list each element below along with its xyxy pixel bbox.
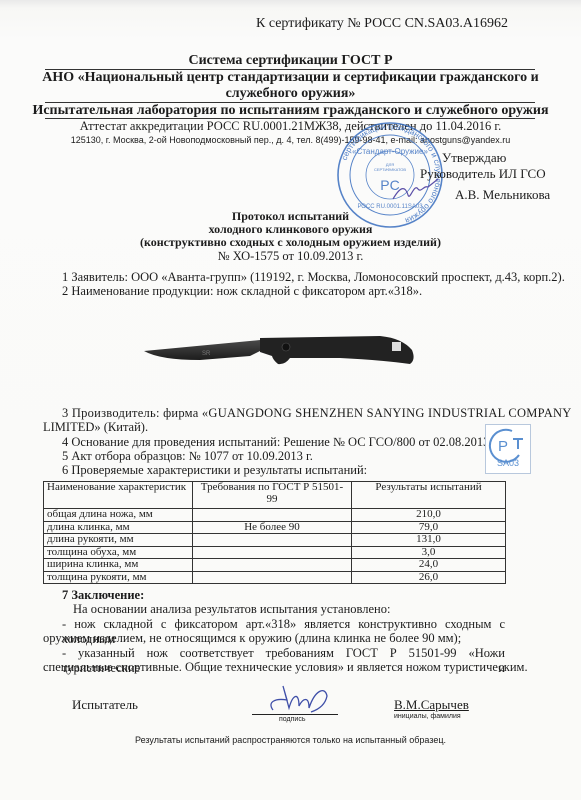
characteristic-cell: ширина клинка, мм [44,559,193,572]
table-row: толщина рукояти, мм26,0 [44,571,506,584]
system-title: Система сертификации ГОСТ Р [0,53,581,69]
testing-basis: 4 Основание для проведения испытаний: Ре… [62,435,499,450]
signature-line [252,714,338,715]
table-row: толщина обуха, мм3,0 [44,546,506,559]
characteristic-cell: толщина обуха, мм [44,546,193,559]
table-row: общая длина ножа, мм210,0 [44,509,506,522]
requirement-cell [193,509,352,522]
approver-name: А.В. Мельникова [455,187,550,203]
conclusion-point2-cont: специальные спортивные. Общие технически… [43,660,528,675]
tester-name: В.М.Сарычев [394,697,469,713]
requirement-cell [193,559,352,572]
address-contact: 125130, г. Москва, 2-ой Новоподмосковный… [0,135,581,145]
characteristic-cell: толщина рукояти, мм [44,571,193,584]
signature-caption: подпись [279,716,305,723]
svg-text:СЕРТИФИКАТОВ: СЕРТИФИКАТОВ [374,167,406,172]
conclusion-title: 7 Заключение: [62,588,144,603]
approval-word: Утверждаю [442,150,506,166]
accreditation: Аттестат аккредитации РОСС RU.0001.21МЖ3… [0,119,581,134]
organization-name-line2: служебного оружия» [0,86,581,102]
checked-characteristics: 6 Проверяемые характеристики и результат… [62,463,367,478]
requirement-cell [193,546,352,559]
table-header-row: Наименование характеристик Требования по… [44,482,506,509]
result-cell: 24,0 [352,559,506,572]
result-cell: 26,0 [352,571,506,584]
column-header: Результаты испытаний [352,482,506,509]
tester-signature-icon [265,680,335,718]
laboratory-name: Испытательная лаборатория по испытаниям … [0,103,581,119]
conclusion-point1-cont: оружием изделием, не относящимся к оружи… [43,631,461,646]
organization-name-line1: АНО «Национальный центр стандартизации и… [0,70,581,86]
requirement-cell: Не более 90 [193,521,352,534]
requirement-cell [193,571,352,584]
table-row: ширина клинка, мм24,0 [44,559,506,572]
protocol-subtitle: (конструктивно сходных с холодным оружие… [0,235,581,250]
product-name: 2 Наименование продукции: нож складной с… [62,284,422,299]
svg-text:«Стандарт-Оружие»: «Стандарт-Оружие» [352,147,428,156]
result-cell: 3,0 [352,546,506,559]
manufacturer-line1: 3 Производитель: фирма «GUANGDONG SHENZH… [62,406,572,421]
document-page: К сертификату № РОСС CN.SA03.A16962 Сист… [0,0,581,800]
characteristic-cell: длина клинка, мм [44,521,193,534]
svg-text:SR: SR [202,351,211,357]
characteristic-cell: общая длина ножа, мм [44,509,193,522]
column-header: Наименование характеристик [44,482,193,509]
sampling-act: 5 Акт отбора образцов: № 1077 от 10.09.2… [62,449,313,464]
table-row: длина рукояти, мм131,0 [44,534,506,547]
result-cell: 79,0 [352,521,506,534]
protocol-number: № ХО-1575 от 10.09.2013 г. [0,249,581,264]
requirement-cell [193,534,352,547]
certificate-reference: К сертификату № РОСС CN.SA03.A16962 [256,16,508,32]
results-table: Наименование характеристик Требования по… [43,481,506,584]
characteristic-cell: длина рукояти, мм [44,534,193,547]
result-cell: 210,0 [352,509,506,522]
tester-role: Испытатель [72,697,138,713]
approver-signature-icon [390,175,440,205]
certification-logo: P SA03 [485,424,531,474]
manufacturer-line2: LIMITED» (Китай). [43,420,148,435]
column-header: Требования по ГОСТ Р 51501-99 [193,482,352,509]
disclaimer: Результаты испытаний распространяются то… [0,735,581,745]
table-row: длина клинка, ммНе более 9079,0 [44,521,506,534]
tester-name-caption: инициалы, фамилия [394,713,461,720]
knife-photo: SR [140,320,430,380]
result-cell: 131,0 [352,534,506,547]
conclusion-intro: На основании анализа результатов испытан… [73,602,390,617]
applicant: 1 Заявитель: ООО «Аванта-групп» (119192,… [62,270,565,285]
logo-code: SA03 [486,458,530,468]
svg-text:P: P [498,438,508,455]
